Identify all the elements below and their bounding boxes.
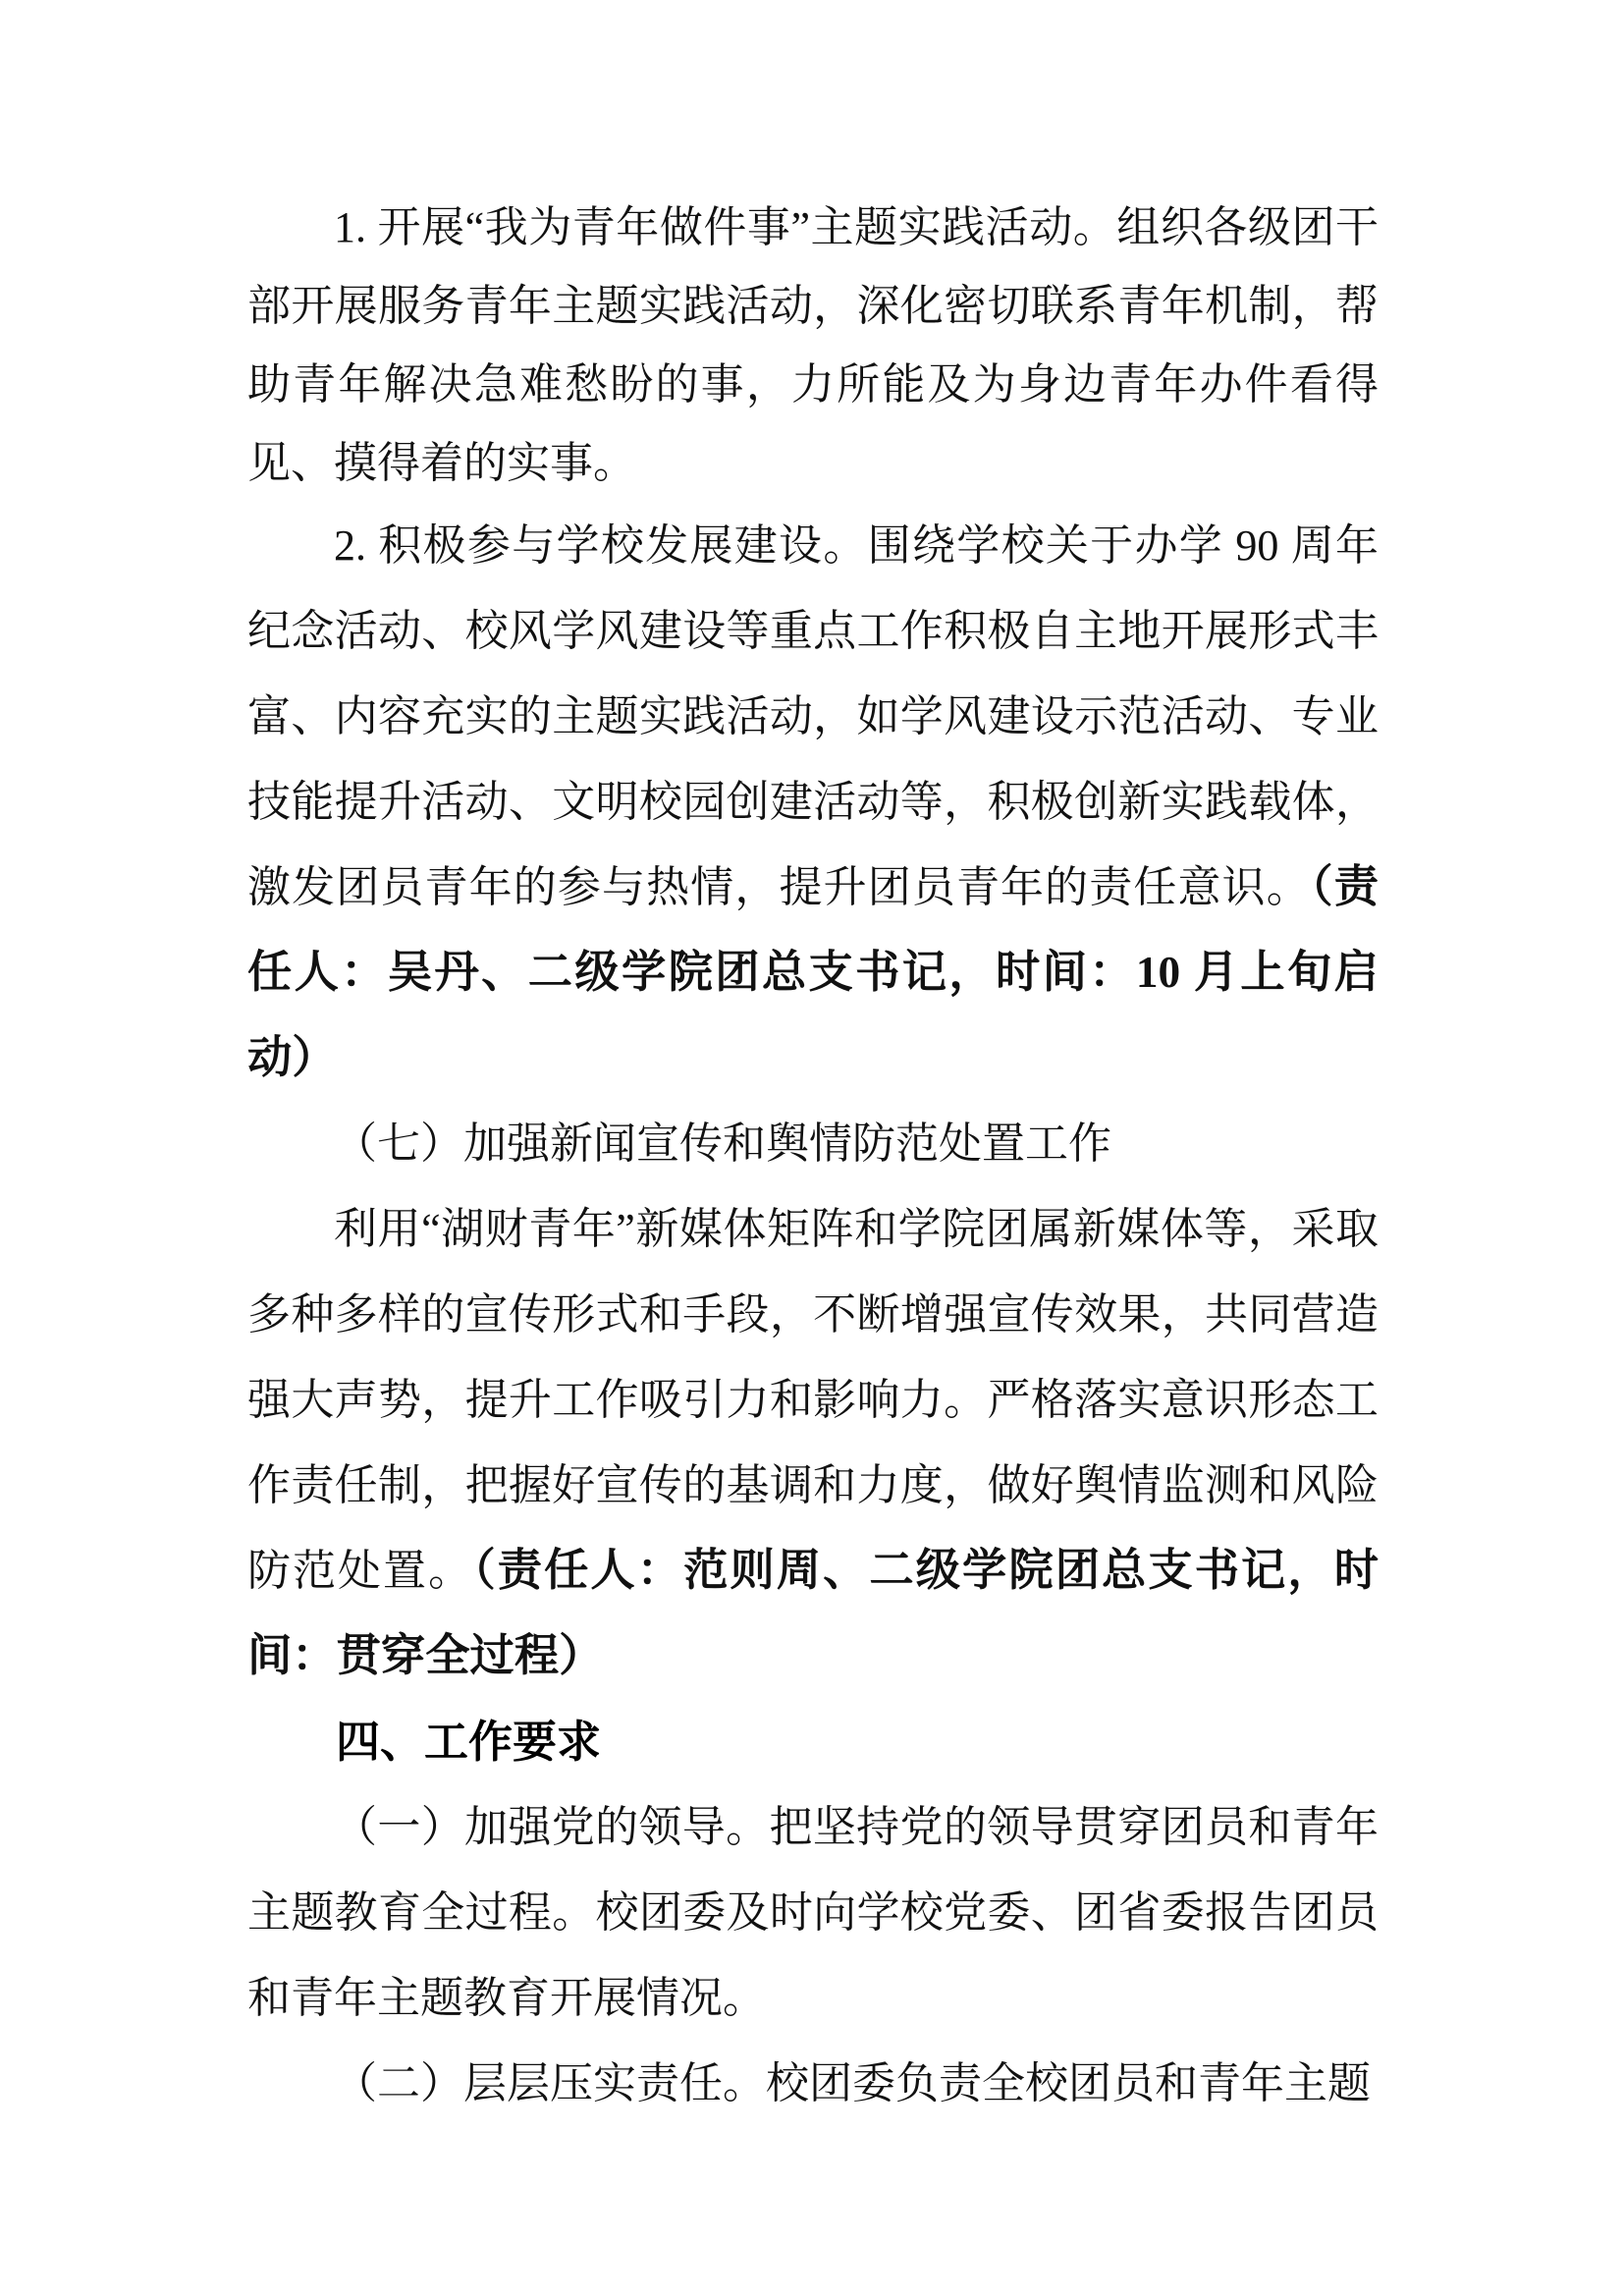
- numbered-item-2: 2. 积极参与学校发展建设。围绕学校关于办学 90 周年纪念活动、校风学风建设等…: [247, 503, 1379, 1101]
- paragraph-text: 1. 开展“我为青年做件事”主题实践活动。组织各级团干部开展服务青年主题实践活动…: [247, 203, 1379, 487]
- document-page: 1. 开展“我为青年做件事”主题实践活动。组织各级团干部开展服务青年主题实践活动…: [0, 0, 1623, 2296]
- subsection-heading-7: （七）加强新闻宣传和舆情防范处置工作: [247, 1101, 1379, 1186]
- publicity-paragraph: 利用“湖财青年”新媒体矩阵和学院团属新媒体等，采取多种多样的宣传形式和手段，不断…: [247, 1186, 1379, 1699]
- requirement-2: （二）层层压实责任。校团委负责全校团员和青年主题: [247, 2041, 1379, 2126]
- paragraph-text: （二）层层压实责任。校团委负责全校团员和青年主题: [334, 2059, 1371, 2107]
- subsection-heading-text: （七）加强新闻宣传和舆情防范处置工作: [334, 1120, 1111, 1168]
- numbered-item-1: 1. 开展“我为青年做件事”主题实践活动。组织各级团干部开展服务青年主题实践活动…: [247, 189, 1379, 503]
- requirement-1: （一）加强党的领导。把坚持党的领导贯穿团员和青年主题教育全过程。校团委及时向学校…: [247, 1784, 1379, 2041]
- paragraph-text: （一）加强党的领导。把坚持党的领导贯穿团员和青年主题教育全过程。校团委及时向学校…: [247, 1803, 1379, 2022]
- paragraph-text: 利用“湖财青年”新媒体矩阵和学院团属新媒体等，采取多种多样的宣传形式和手段，不断…: [247, 1205, 1379, 1595]
- section-heading-4: 四、工作要求: [247, 1699, 1379, 1784]
- paragraph-text: 2. 积极参与学校发展建设。围绕学校关于办学 90 周年纪念活动、校风学风建设等…: [247, 521, 1379, 911]
